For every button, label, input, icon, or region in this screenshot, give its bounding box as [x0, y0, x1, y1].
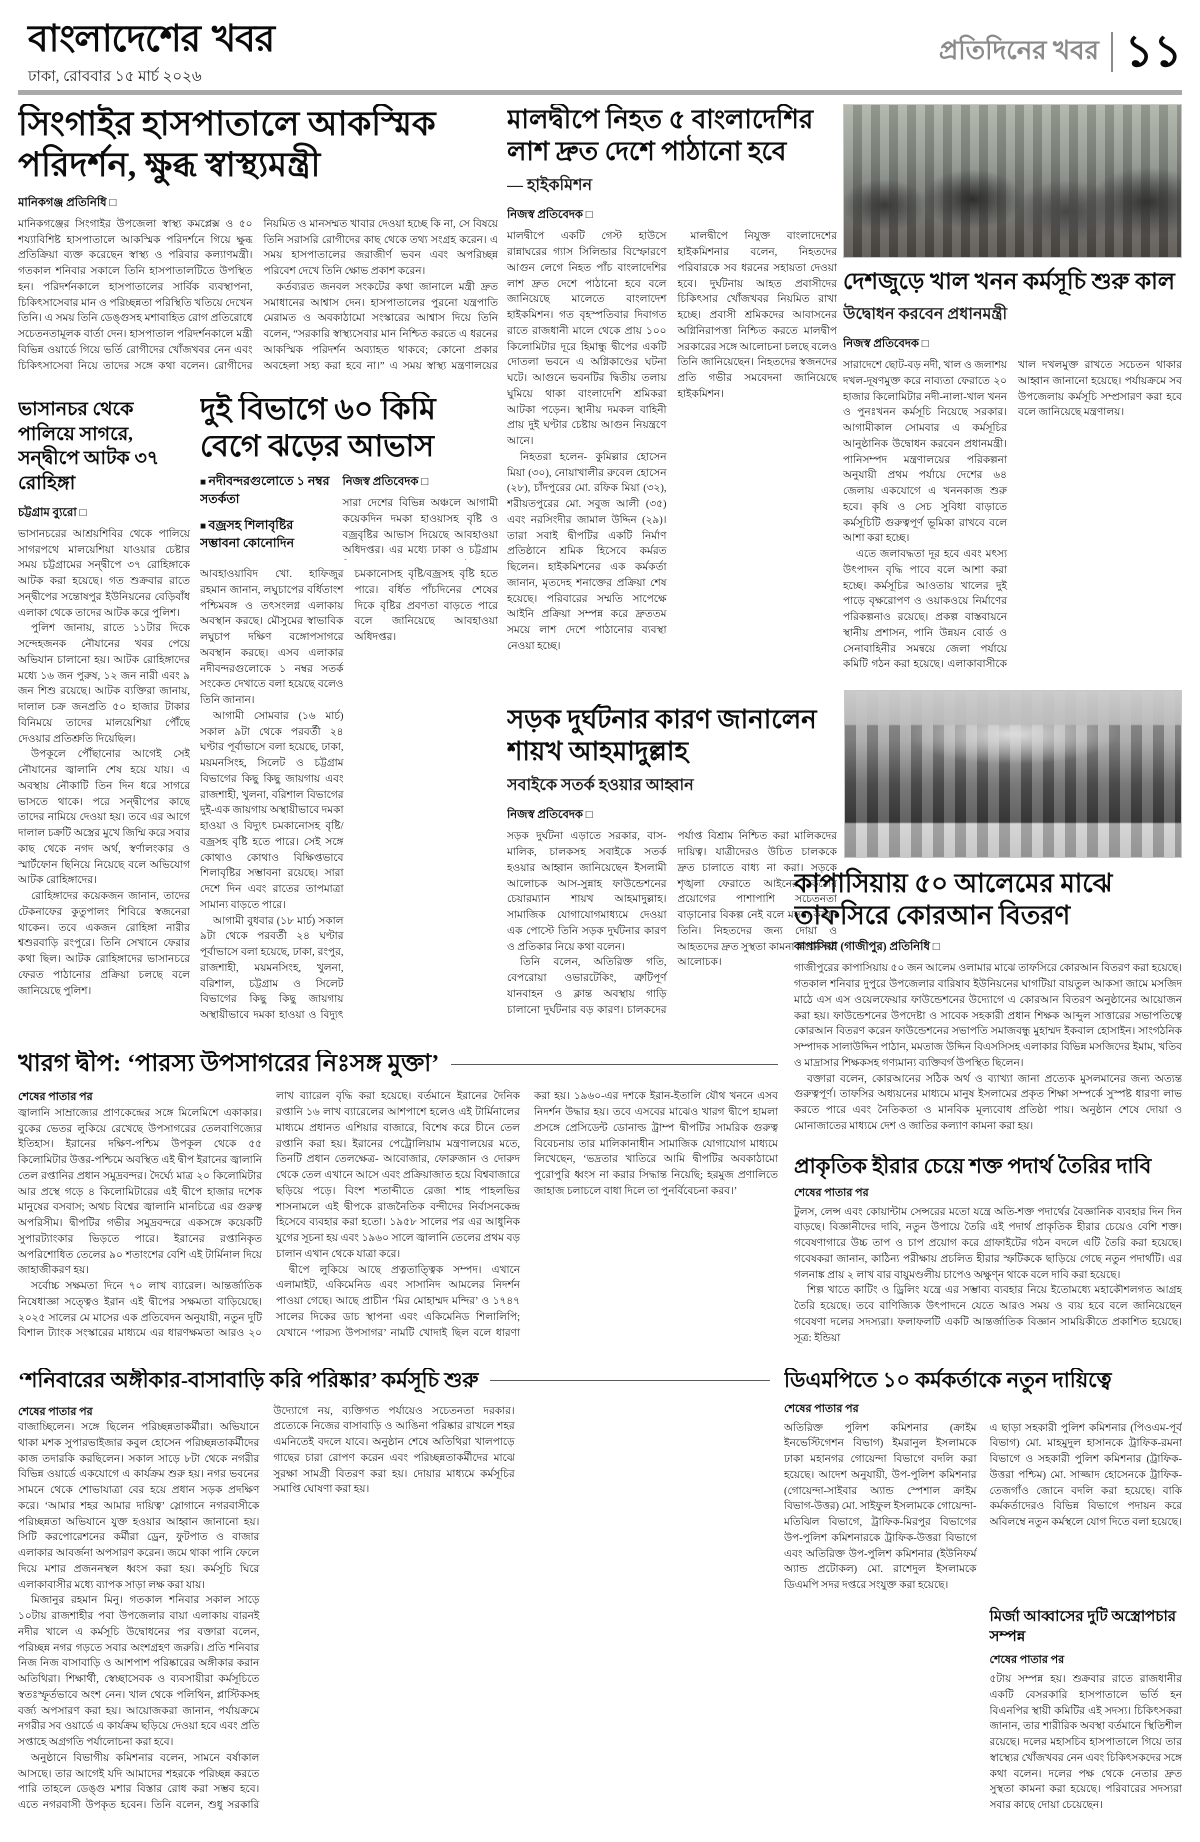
mirza-body: ৫টায় সম্পন্ন হয়। শুক্রবার রাতে রাজধানী… [990, 1672, 1183, 1832]
weather-alert-bullet: নদীবন্দরগুলোতে ১ নম্বর সতর্কতা [200, 473, 332, 508]
paragraph: জ্বালানি সাম্রাজ্যের প্রাণকেন্দ্রের সঙ্গ… [18, 1106, 262, 1279]
article-headline: খারগ দ্বীপ: ‘পারস্য উপসাগরের নিঃসঙ্গ মুক… [18, 1050, 778, 1079]
dmp-column-right: এ ছাড়া সহকারী পুলিশ কমিশনার (পিওএম-পূর্… [990, 1421, 1183, 1832]
article-road-accident: সড়ক দুর্ঘটনার কারণ জানালেন শায়খ আহমাদু… [507, 704, 837, 1044]
article-diamond: প্রাকৃতিক হীরার চেয়ে শক্ত পদার্থ তৈরির … [794, 1154, 1182, 1356]
paragraph: আগামী সোমবার (১৬ মার্চ) সকাল ৯টা থেকে পর… [200, 709, 344, 914]
article-dmp-region: ডিএমপিতে ১০ কর্মকর্তাকে নতুন দায়িত্বে শ… [784, 1368, 1182, 1832]
article-shonibar-cleanup: ‘শনিবারের অঙ্গীকার-বাসাবাড়ি করি পরিষ্কা… [18, 1368, 770, 1832]
article-body: সড়ক দুর্ঘটনা এড়াতে সরকার, বাস-মালিক, চ… [507, 829, 837, 1025]
dateline: ঢাকা, রোববার ১৫ মার্চ ২০২৬ [28, 65, 588, 90]
article-singair: সিংগাইর হাসপাতালে আকস্মিক পরিদর্শন, ক্ষু… [18, 104, 498, 390]
newspaper-logo: বাংলাদেশের খবর [28, 20, 588, 57]
weather-alert-bullet: বজ্রসহ শিলাবৃষ্টির সম্ভাবনা কোনোদিন [200, 517, 332, 552]
article-subhead: সবাইকে সতর্ক হওয়ার আহ্বান [507, 772, 837, 799]
headline-text: ‘শনিবারের অঙ্গীকার-বাসাবাড়ি করি পরিষ্কা… [18, 1368, 478, 1394]
article-body: সারাদেশে ছোট-বড় নদী, খাল ও জলাশয় দখল-দ… [843, 358, 1182, 688]
paragraph: মালদ্বীপে নিযুক্ত বাংলাদেশের হাইকমিশনার … [678, 229, 838, 402]
byline: নিজস্ব প্রতিবেদক □ [507, 806, 837, 825]
article-body: গাজীপুরের কাপাসিয়ায় ৫০ জন আলেম ওলামার … [794, 961, 1182, 1139]
paragraph: বক্তারা বলেন, কোরআনের সঠিক অর্থ ও ব্যাখ্… [794, 1072, 1182, 1135]
article-headline: দুই বিভাগে ৬০ কিমি বেগে ঝড়ের আভাস [200, 392, 498, 465]
article-headline: সড়ক দুর্ঘটনার কারণ জানালেন শায়খ আহমাদু… [507, 704, 837, 767]
article-body: মানিকগঞ্জের সিংগাইর উপজেলা স্বাস্থ্য কমপ… [18, 217, 498, 383]
weather-alerts-and-intro: নদীবন্দরগুলোতে ১ নম্বর সতর্কতা বজ্রসহ শি… [200, 473, 498, 561]
article-headline: ‘শনিবারের অঙ্গীকার-বাসাবাড়ি করি পরিষ্কা… [18, 1368, 770, 1394]
paragraph: টুলস, লেন্স এবং কোয়ান্টাম সেন্সরের মতো … [794, 1205, 1182, 1284]
article-body: আবহাওয়াবিদ খো. হাফিজুর রহমান জানান, লঘু… [200, 567, 498, 1037]
article-kapasia: কাপাসিয়ায় ৫০ আলেমের মাঝে তাফসিরে কোরআন… [794, 690, 1182, 1146]
article-bhasanchar: ভাসানচর থেকে পালিয়ে সাগরে, সন্দ্বীপে আট… [18, 398, 190, 1044]
article-intro: নিজস্ব প্রতিবেদক □ সারা দেশের বিভিন্ন অঞ… [342, 473, 498, 561]
byline: নিজস্ব প্রতিবেদক □ [843, 335, 1182, 354]
article-body: ভাসানচরের আশ্রয়শিবির থেকে পালিয়ে সাগরপ… [18, 527, 190, 1044]
section-header: প্রতিদিনের খবর ১১ [939, 30, 1182, 74]
article-body: টুলস, লেন্স এবং কোয়ান্টাম সেন্সরের মতো … [794, 1205, 1182, 1353]
paragraph: আবহাওয়াবিদ খো. হাফিজুর রহমান জানান, লঘু… [200, 567, 344, 709]
continued-label: শেষের পাতার পর [794, 1184, 1182, 1203]
dmp-column-left: অতিরিক্ত পুলিশ কমিশনার (ক্রাইম ইনভেস্টিগ… [784, 1421, 977, 1821]
paragraph: অতিরিক্ত পুলিশ কমিশনার (ক্রাইম ইনভেস্টিগ… [784, 1421, 977, 1594]
article-headline: সিংগাইর হাসপাতালে আকস্মিক পরিদর্শন, ক্ষু… [18, 104, 498, 187]
paragraph: মিজানুর রহমান মিনু। গতকাল শনিবার সকাল সা… [18, 1593, 259, 1751]
paragraph: সারা দেশের বিভিন্ন অঞ্চলে আগামী কয়েকদিন… [342, 496, 498, 560]
paragraph: নিহতরা হলেন- কুমিল্লার হোসেন মিয়া (৩০),… [507, 450, 667, 655]
byline: চট্টগ্রাম ব্যুরো □ [18, 504, 190, 523]
paragraph: ভাসানচরের আশ্রয়শিবির থেকে পালিয়ে সাগরপ… [18, 527, 190, 622]
headline-text: খারগ দ্বীপ: ‘পারস্য উপসাগরের নিঃসঙ্গ মুক… [18, 1050, 439, 1079]
byline: মানিকগঞ্জ প্রতিনিধি □ [18, 194, 498, 213]
continued-label: শেষের পাতার পর [784, 1400, 1182, 1419]
article-headline: ডিএমপিতে ১০ কর্মকর্তাকে নতুন দায়িত্বে [784, 1368, 1182, 1394]
paragraph: উপকূলে পৌঁছানোর আগেই সেই নৌযানের জ্বালান… [18, 747, 190, 889]
news-photo-canal-program [843, 104, 1182, 258]
article-subhead: — হাইকমিশন [507, 172, 837, 199]
article-subhead: উদ্বোধন করবেন প্রধানমন্ত্রী [843, 301, 1182, 328]
byline: নিজস্ব প্রতিবেদক □ [507, 206, 837, 225]
section-name: প্রতিদিনের খবর [939, 30, 1099, 74]
article-headline: ভাসানচর থেকে পালিয়ে সাগরে, সন্দ্বীপে আট… [18, 398, 190, 497]
continued-label: শেষের পাতার পর [990, 1651, 1183, 1670]
dmp-body-continued: এ ছাড়া সহকারী পুলিশ কমিশনার (পিওএম-পূর্… [990, 1421, 1183, 1597]
article-body: শেষের পাতার পর বাজাচ্ছিলেন। সঙ্গে ছিলেন … [18, 1404, 770, 1824]
article-headline: কাপাসিয়ায় ৫০ আলেমের মাঝে তাফসিরে কোরআন… [794, 868, 1182, 931]
dmp-columns: অতিরিক্ত পুলিশ কমিশনার (ক্রাইম ইনভেস্টিগ… [784, 1421, 1182, 1832]
paragraph: সারাদেশে ছোট-বড় নদী, খাল ও জলাশয় দখল-দ… [843, 358, 1007, 547]
article-headline: মালদ্বীপে নিহত ৫ বাংলাদেশির লাশ দ্রুত দে… [507, 104, 837, 167]
news-photo-quran-distribution [844, 690, 1182, 858]
intro-text: সারা দেশের বিভিন্ন অঞ্চলে আগামী কয়েকদিন… [342, 496, 498, 560]
paragraph: শিল্প খাতে কাটিং ও ড্রিলিং যন্ত্রে এর সম… [794, 1283, 1182, 1346]
divider [1111, 32, 1113, 72]
byline: নিজস্ব প্রতিবেদক □ [342, 473, 498, 492]
paragraph: মালদ্বীপে একটি গেস্ট হাউসে রান্নাঘরের গ্… [507, 229, 667, 450]
byline: কাপাসিয়া (গাজীপুর) প্রতিনিধি □ [794, 938, 1182, 957]
paragraph: ৫টায় সম্পন্ন হয়। শুক্রবার রাতে রাজধানী… [990, 1672, 1183, 1814]
page-number: ১১ [1125, 30, 1182, 74]
paragraph: গাজীপুরের কাপাসিয়ায় ৫০ জন আলেম ওলামার … [794, 961, 1182, 1071]
article-body: মালদ্বীপে একটি গেস্ট হাউসে রান্নাঘরের গ্… [507, 229, 837, 657]
paragraph: এ ছাড়া সহকারী পুলিশ কমিশনার (পিওএম-পূর্… [990, 1421, 1183, 1531]
paragraph: রোহিঙ্গাদের কয়েকজন জানান, তাদের টেকনাফে… [18, 889, 190, 999]
newspaper-page: বাংলাদেশের খবর ঢাকা, রোববার ১৫ মার্চ ২০২… [0, 0, 1200, 1842]
header-rule [18, 90, 1182, 95]
article-body: শেষের পাতার পর জ্বালানি সাম্রাজ্যের প্রা… [18, 1089, 778, 1351]
article-headline: দেশজুড়ে খাল খনন কর্মসূচি শুরু কাল [843, 268, 1182, 296]
article-storm-forecast: দুই বিভাগে ৬০ কিমি বেগে ঝড়ের আভাস নদীবন… [200, 392, 498, 1044]
continued-label: শেষের পাতার পর [18, 1404, 259, 1421]
article-kharg-island: খারগ দ্বীপ: ‘পারস্য উপসাগরের নিঃসঙ্গ মুক… [18, 1050, 778, 1358]
article-headline: প্রাকৃতিক হীরার চেয়ে শক্ত পদার্থ তৈরির … [794, 1154, 1182, 1180]
weather-alert-list: নদীবন্দরগুলোতে ১ নম্বর সতর্কতা বজ্রসহ শি… [200, 473, 332, 561]
article-maldives: মালদ্বীপে নিহত ৫ বাংলাদেশির লাশ দ্রুত দে… [507, 104, 837, 696]
article-khal-khonon: দেশজুড়ে খাল খনন কর্মসূচি শুরু কাল উদ্বো… [843, 104, 1182, 692]
paragraph: পুলিশ জানায়, রাতে ১১টার দিকে সন্দেহজনক … [18, 621, 190, 747]
article-headline-mirza: মির্জা আব্বাসের দুটি অস্ত্রোপচার সম্পন্ন [990, 1607, 1183, 1648]
paragraph: সড়ক দুর্ঘটনা এড়াতে সরকার, বাস-মালিক, চ… [507, 829, 667, 955]
continued-label: শেষের পাতার পর [18, 1089, 262, 1106]
paragraph: বাজাচ্ছিলেন। সঙ্গে ছিলেন পরিচ্ছন্নতাকর্ম… [18, 1420, 259, 1593]
masthead: বাংলাদেশের খবর ঢাকা, রোববার ১৫ মার্চ ২০২… [28, 20, 588, 90]
